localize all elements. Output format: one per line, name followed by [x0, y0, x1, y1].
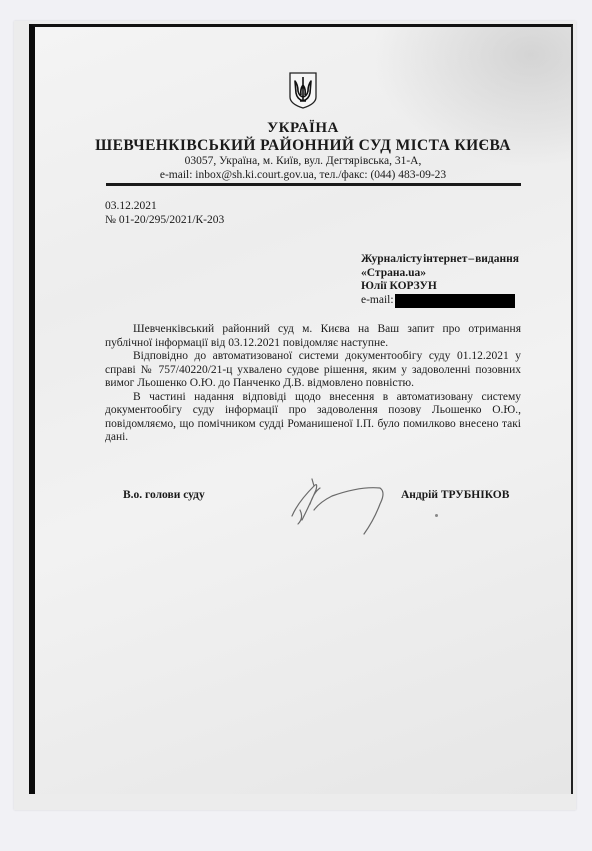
letterhead: УКРАЇНА ШЕВЧЕНКІВСЬКИЙ РАЙОННИЙ СУД МІСТ… [35, 71, 571, 182]
addressee-email: e-mail: [361, 294, 519, 308]
paragraph-1: Шевченківський районний суд м. Києва на … [105, 323, 521, 350]
addressee-word: інтернет [423, 253, 467, 267]
court-name: ШЕВЧЕНКІВСЬКИЙ РАЙОННИЙ СУД МІСТА КИЄВА [35, 137, 571, 154]
addressee-word: – [468, 253, 474, 267]
paper-speck [435, 514, 438, 517]
letter-number: № 01-20/295/2021/К-203 [105, 213, 224, 227]
paragraph-3: В частині надання відповіді щодо внесенн… [105, 391, 521, 445]
signatory-position: В.о. голови суду [123, 489, 205, 501]
handwritten-signature-icon [280, 474, 400, 544]
redacted-email-bar [395, 294, 515, 308]
signatory-name: Андрій ТРУБНІКОВ [401, 489, 509, 501]
addressee-word: Журналісту [361, 253, 422, 267]
country-title: УКРАЇНА [35, 120, 571, 137]
addressee-outlet: «Страна.ua» [361, 267, 519, 281]
court-address: 03057, Україна, м. Київ, вул. Дегтярівсь… [35, 154, 571, 168]
addressee-line-1: Журналісту інтернет – видання [361, 253, 519, 267]
paragraph-2: Відповідно до автоматизованої системи до… [105, 350, 521, 391]
letter-meta: 03.12.2021 № 01-20/295/2021/К-203 [105, 199, 224, 227]
ukraine-trident-icon [288, 71, 318, 109]
letter-date: 03.12.2021 [105, 199, 224, 213]
letter-body: Шевченківський районний суд м. Києва на … [105, 323, 521, 445]
email-label: e-mail: [361, 294, 394, 308]
addressee-name: Юлії КОРЗУН [361, 280, 519, 294]
addressee-word: видання [475, 253, 519, 267]
addressee-block: Журналісту інтернет – видання «Страна.ua… [361, 253, 519, 308]
court-contacts: e-mail: inbox@sh.ki.court.gov.ua, тел./ф… [35, 168, 571, 182]
document-sheet: УКРАЇНА ШЕВЧЕНКІВСЬКИЙ РАЙОННИЙ СУД МІСТ… [29, 24, 573, 794]
header-divider [106, 183, 521, 186]
